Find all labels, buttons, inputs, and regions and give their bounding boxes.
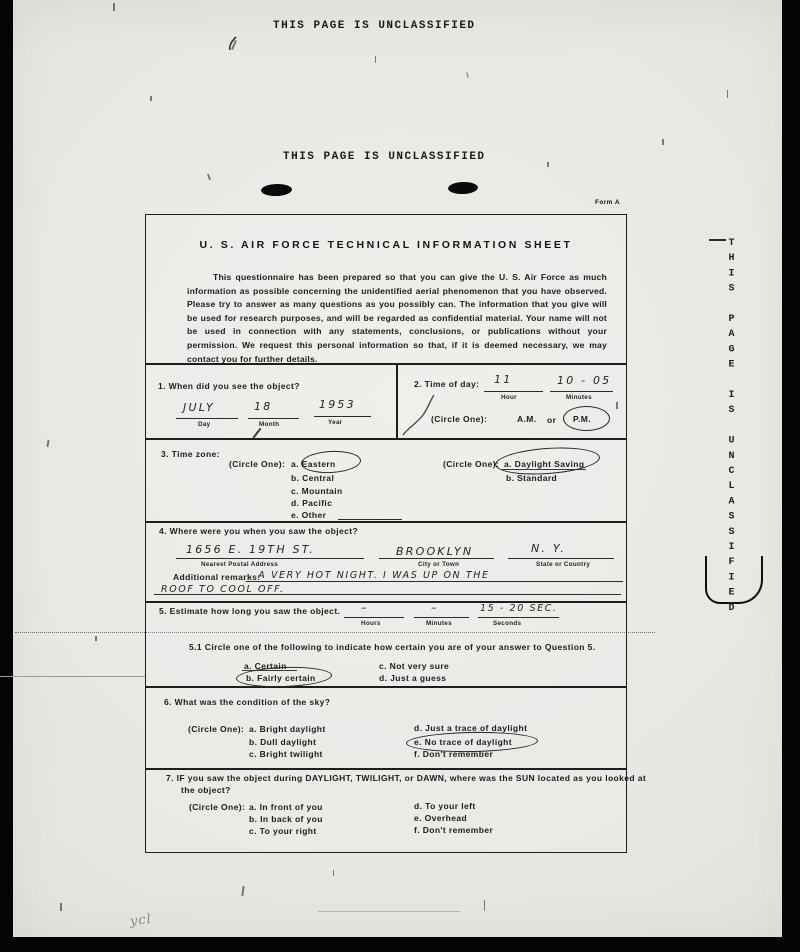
- q5-seconds-line: [478, 617, 559, 618]
- q5-1-option-not-very-sure: c. Not very sure: [379, 661, 449, 671]
- q1-label: 1. When did you see the object?: [158, 381, 300, 391]
- q7-label-line1: 7. IF you saw the object during DAYLIGHT…: [166, 773, 646, 783]
- pencil-slash-mark: [252, 428, 261, 438]
- form-box: U. S. AIR FORCE TECHNICAL INFORMATION SH…: [145, 214, 627, 853]
- faint-scan-line: [318, 911, 460, 912]
- q7-option-to-right: c. To your right: [249, 826, 317, 836]
- scan-speck: [727, 90, 728, 98]
- side-pencil-bracket: [705, 556, 763, 604]
- scan-speck: [662, 139, 664, 145]
- hole-punch-right: [448, 181, 478, 194]
- q5-hours-value: –: [361, 601, 369, 614]
- scan-speck: [150, 96, 152, 101]
- q4-state-line: [508, 558, 614, 559]
- q3-circle-one-right: (Circle One):: [443, 459, 499, 469]
- q6-option-dull-daylight: b. Dull daylight: [249, 737, 316, 747]
- handwritten-corner-note: ycl: [129, 912, 152, 929]
- scan-speck: [547, 162, 549, 167]
- q4-address-line: [176, 558, 364, 559]
- q7-option-dont-remember: f. Don't remember: [414, 825, 493, 835]
- q7-option-in-back: b. In back of you: [249, 814, 323, 824]
- q2-circle-one-label: (Circle One):: [431, 414, 487, 424]
- pencil-hook-mark: [226, 36, 242, 52]
- side-pencil-dash: [709, 239, 726, 241]
- q5-seconds-label: Seconds: [493, 620, 521, 627]
- q1-q2-divider: [396, 363, 398, 438]
- q2-label: 2. Time of day:: [414, 379, 479, 389]
- q1-year-line: [314, 416, 371, 417]
- q3-circle-one-left: (Circle One):: [229, 459, 285, 469]
- q7-circle-one-label: (Circle One):: [189, 802, 245, 812]
- classification-banner-top: THIS PAGE IS UNCLASSIFIED: [273, 20, 476, 32]
- q1-day-value: JULY: [183, 401, 215, 414]
- scan-speck: [333, 870, 334, 876]
- q2-minutes-line: [550, 391, 613, 392]
- q6-label: 6. What was the condition of the sky?: [164, 697, 330, 707]
- section-divider: [146, 521, 626, 523]
- q2-am-option: A.M.: [517, 414, 537, 424]
- form-title: U. S. AIR FORCE TECHNICAL INFORMATION SH…: [146, 239, 626, 251]
- scan-speck: [46, 440, 49, 447]
- q3-label: 3. Time zone:: [161, 449, 220, 459]
- q1-month-line: [248, 418, 299, 419]
- q1-year-label: Year: [328, 419, 343, 426]
- q5-1-label: 5.1 Circle one of the following to indic…: [189, 642, 596, 652]
- q6-option-bright-twilight: c. Bright twilight: [249, 749, 323, 759]
- q6-option-bright-daylight: a. Bright daylight: [249, 724, 326, 734]
- q4-address-label: Nearest Postal Address: [201, 561, 278, 568]
- q3-option-pacific: d. Pacific: [291, 498, 332, 508]
- section-divider: [146, 686, 626, 688]
- q4-city-label: City or Town: [418, 561, 459, 568]
- eastern-circled-mark: [300, 449, 361, 474]
- q3-option-standard: b. Standard: [506, 473, 557, 483]
- q7-option-in-front: a. In front of you: [249, 802, 323, 812]
- scan-speck: [241, 886, 244, 896]
- q2-hour-label: Hour: [501, 394, 517, 401]
- q5-1-option-just-a-guess: d. Just a guess: [379, 673, 446, 683]
- scan-edge-left: [0, 0, 13, 952]
- q5-seconds-value: 15 - 20 SEC.: [480, 603, 558, 614]
- q2-minutes-value: 10 - 05: [557, 374, 611, 387]
- pm-circled-mark: [563, 406, 610, 431]
- q4-label: 4. Where were you when you saw the objec…: [159, 526, 358, 536]
- q3-other-line: [338, 519, 402, 520]
- hole-punch-left: [261, 183, 292, 196]
- scan-speck: [484, 900, 485, 911]
- q3-option-central: b. Central: [291, 473, 334, 483]
- scan-speck: [95, 636, 97, 641]
- scan-edge-right: [782, 0, 800, 952]
- form-a-label: Form A: [595, 199, 620, 206]
- scan-edge-bottom: [0, 937, 800, 952]
- q7-label-line2: the object?: [181, 785, 231, 795]
- scan-speck: [466, 72, 469, 78]
- q2-hour-line: [484, 391, 543, 392]
- q2-minutes-label: Minutes: [566, 394, 592, 401]
- q1-month-label: Month: [259, 421, 279, 428]
- q5-hours-line: [344, 617, 404, 618]
- q7-option-to-left: d. To your left: [414, 801, 476, 811]
- q4-city-line: [379, 558, 494, 559]
- section-divider: [146, 768, 626, 770]
- scanned-document-page: THIS PAGE IS UNCLASSIFIED THIS PAGE IS U…: [0, 0, 800, 952]
- pencil-tick: [616, 402, 618, 409]
- section-divider: [146, 438, 626, 440]
- q4-remarks-line1-rule: [246, 581, 623, 582]
- scan-speck: [207, 174, 211, 180]
- form-intro-paragraph: This questionnaire has been prepared so …: [187, 271, 607, 366]
- q3-option-other: e. Other: [291, 510, 326, 520]
- q4-address-value: 1656 E. 19TH ST.: [186, 543, 315, 556]
- classification-banner-middle: THIS PAGE IS UNCLASSIFIED: [283, 151, 486, 163]
- scan-speck: [60, 903, 62, 911]
- q5-minutes-label: Minutes: [426, 620, 452, 627]
- q4-remarks-line1-value: . A VERY HOT NIGHT. I WAS UP ON THE: [249, 570, 490, 581]
- q2-or-text: or: [547, 415, 556, 425]
- q4-city-value: BROOKLYN: [396, 545, 473, 558]
- q1-month-value: 18: [254, 400, 272, 413]
- q5-minutes-line: [414, 617, 469, 618]
- q4-remarks-line2-rule: [154, 594, 621, 595]
- q5-label: 5. Estimate how long you saw the object.: [159, 606, 340, 616]
- scan-speck: [113, 3, 115, 11]
- q7-option-overhead: e. Overhead: [414, 813, 467, 823]
- q4-state-label: State or Country: [536, 561, 590, 568]
- q6-circle-one-label: (Circle One):: [188, 724, 244, 734]
- q2-hour-value: 11: [494, 373, 512, 386]
- q6-option-dont-remember: f. Don't remember: [414, 749, 493, 759]
- faint-crease-left: [0, 676, 146, 677]
- q3-option-mountain: c. Mountain: [291, 486, 343, 496]
- q1-day-line: [176, 418, 238, 419]
- q5-hours-label: Hours: [361, 620, 381, 627]
- q4-state-value: N. Y.: [531, 542, 566, 555]
- q5-minutes-value: –: [431, 601, 439, 614]
- scan-speck: [375, 56, 376, 63]
- q1-year-value: 1953: [319, 398, 356, 411]
- q1-day-label: Day: [198, 421, 210, 428]
